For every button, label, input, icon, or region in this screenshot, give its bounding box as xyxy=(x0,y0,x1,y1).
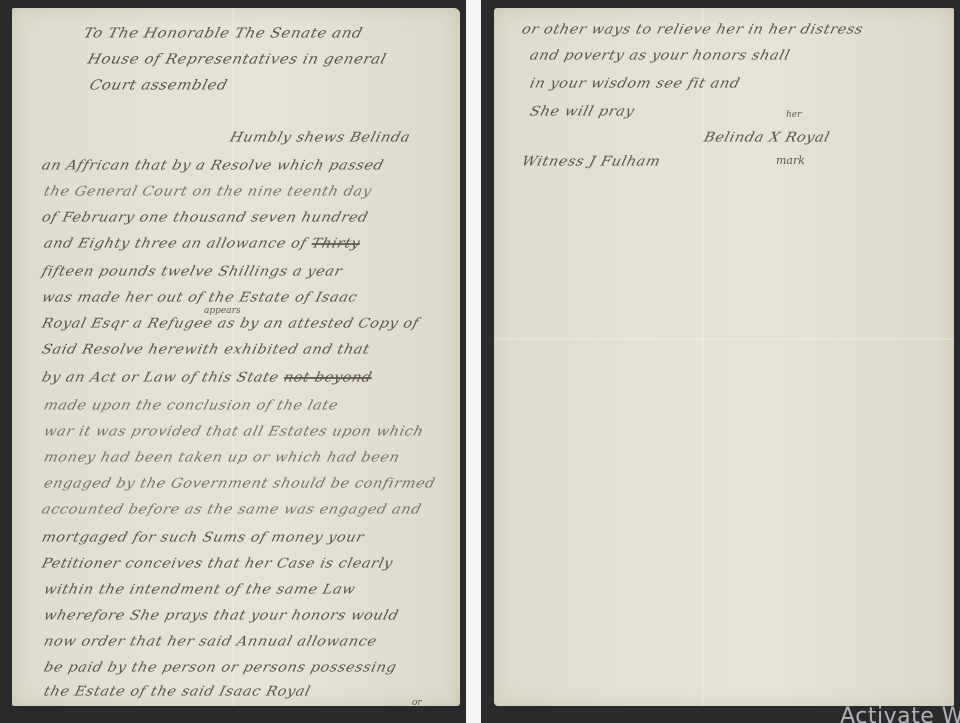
address-line: House of Representatives in general xyxy=(86,51,388,68)
body-line: Royal Esqr a Refugee as by an attested C… xyxy=(40,317,420,332)
body-line: accounted before as the same was engaged… xyxy=(40,503,423,518)
body-line: Petitioner conceives that her Case is cl… xyxy=(40,557,394,572)
signature-her: her xyxy=(786,110,801,120)
body-line: made upon the conclusion of the late xyxy=(42,399,340,414)
signature-last-name: Royal xyxy=(784,131,832,146)
address-line: Court assembled xyxy=(88,77,230,94)
body-line: the General Court on the nine teenth day xyxy=(42,185,373,200)
body-line: money had been taken up or which had bee… xyxy=(42,451,401,466)
signature-mark-label: mark xyxy=(776,154,805,167)
signature-mark-x: X xyxy=(767,131,782,146)
body-line: war it was provided that all Estates upo… xyxy=(42,425,425,440)
body-line: be paid by the person or persons possess… xyxy=(42,661,398,676)
body-line: Humbly shews Belinda xyxy=(228,131,412,146)
body-line: fifteen pounds twelve Shillings a year xyxy=(40,265,344,280)
left-page-scan: To The Honorable The Senate and House of… xyxy=(0,0,466,723)
body-line: Said Resolve herewith exhibited and that xyxy=(40,343,371,358)
body-line: engaged by the Government should be conf… xyxy=(42,477,437,492)
body-line: mortgaged for such Sums of money your xyxy=(40,531,365,546)
struck-word: Thirty xyxy=(310,237,362,252)
signature-first-name: Belinda xyxy=(702,131,766,146)
body-line: and poverty as your honors shall xyxy=(528,49,791,64)
catchword: or xyxy=(412,698,422,708)
body-line: within the intendment of the same Law xyxy=(42,583,357,598)
body-line: wherefore She prays that your honors wou… xyxy=(42,609,400,624)
line-text: and Eighty three an allowance of xyxy=(42,237,313,252)
struck-word: not beyond xyxy=(282,371,374,386)
signature: Belinda X Royal xyxy=(702,131,831,146)
paper-fold xyxy=(494,338,954,340)
interlinear-insert: appears xyxy=(204,306,241,316)
page-divider xyxy=(466,0,481,723)
body-line: the Estate of the said Isaac Royal xyxy=(42,685,312,700)
body-line: of February one thousand seven hundred xyxy=(40,211,370,226)
body-line: now order that her said Annual allowance xyxy=(42,635,378,650)
manuscript-page-1: To The Honorable The Senate and House of… xyxy=(12,8,460,706)
paper-fold xyxy=(702,8,704,706)
activation-watermark: Activate W xyxy=(840,704,960,723)
body-line: and Eighty three an allowance of Thirty xyxy=(42,237,362,252)
right-page-scan: or other ways to relieve her in her dist… xyxy=(481,0,960,723)
line-text: by an Act or Law of this State xyxy=(40,371,286,386)
witness-line: Witness J Fulham xyxy=(520,155,662,170)
manuscript-page-2: or other ways to relieve her in her dist… xyxy=(494,8,954,706)
body-line: an Affrican that by a Resolve which pass… xyxy=(40,159,385,174)
body-line: by an Act or Law of this State not beyon… xyxy=(40,371,373,386)
body-line: or other ways to relieve her in her dist… xyxy=(520,23,865,38)
body-line: in your wisdom see fit and xyxy=(528,77,741,92)
address-line: To The Honorable The Senate and xyxy=(82,25,365,42)
body-line: was made her out of the Estate of Isaac xyxy=(40,291,359,306)
body-line: She will pray xyxy=(528,105,636,120)
